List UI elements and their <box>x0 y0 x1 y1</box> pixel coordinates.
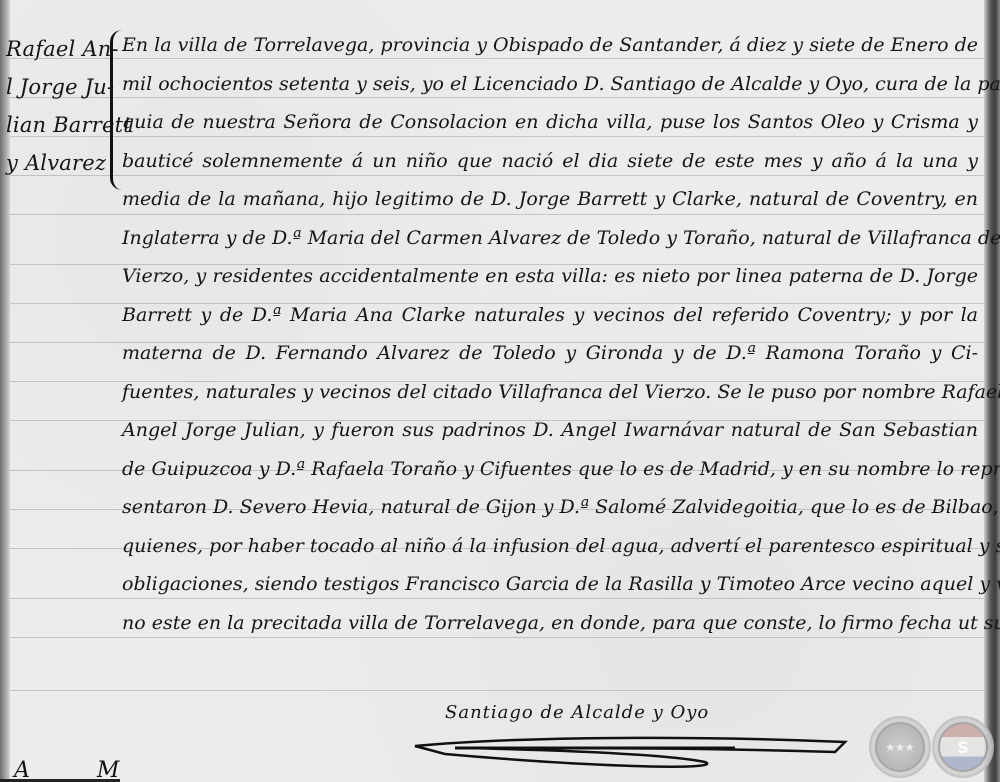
record-line: Vierzo, y residentes accidentalmente en … <box>122 257 982 296</box>
record-line: quienes, por haber tocado al niño á la i… <box>122 527 982 566</box>
margin-note-line: lian Barrett <box>6 106 118 144</box>
record-line: bauticé solemnemente á un niño que nació… <box>122 142 982 181</box>
margin-note-line: l Jorge Ju- <box>6 68 118 106</box>
ruled-line <box>10 690 984 691</box>
priest-signature: Santiago de Alcalde y Oyo <box>445 702 709 723</box>
record-line: quia de nuestra Señora de Consolacion en… <box>122 103 982 142</box>
record-body: En la villa de Torrelavega, provincia y … <box>122 26 982 642</box>
signature-flourish-icon <box>405 732 855 772</box>
margin-name-note: Rafael An- l Jorge Ju- lian Barrett y Al… <box>6 30 118 182</box>
record-line: materna de D. Fernando Alvarez de Toledo… <box>122 334 982 373</box>
record-line: obligaciones, siendo testigos Francisco … <box>122 565 982 604</box>
record-line: sentaron D. Severo Hevia, natural de Gij… <box>122 488 982 527</box>
margin-note-line: y Alvarez <box>6 144 118 182</box>
record-line: mil ochocientos setenta y seis, yo el Li… <box>122 65 982 104</box>
record-line: no este en la precitada villa de Torrela… <box>122 604 982 643</box>
record-line: fuentes, naturales y vecinos del citado … <box>122 373 982 412</box>
margin-note-line: Rafael An- <box>6 30 118 68</box>
record-line: media de la mañana, hijo legitimo de D. … <box>122 180 982 219</box>
record-line: Barrett y de D.ª Maria Ana Clarke natura… <box>122 296 982 335</box>
record-line: En la villa de Torrelavega, provincia y … <box>122 26 982 65</box>
flag-seal-icon: S <box>932 716 994 778</box>
archive-seal-icon: ★★★ <box>869 716 931 778</box>
record-line: Inglaterra y de D.ª Maria del Carmen Alv… <box>122 219 982 258</box>
record-line: de Guipuzcoa y D.ª Rafaela Toraño y Cifu… <box>122 450 982 489</box>
record-line: Angel Jorge Julian, y fueron sus padrino… <box>122 411 982 450</box>
seal-stars: ★★★ <box>885 741 915 754</box>
document-page: Rafael An- l Jorge Ju- lian Barrett y Al… <box>0 0 1000 782</box>
seal-letter: S <box>957 738 969 757</box>
